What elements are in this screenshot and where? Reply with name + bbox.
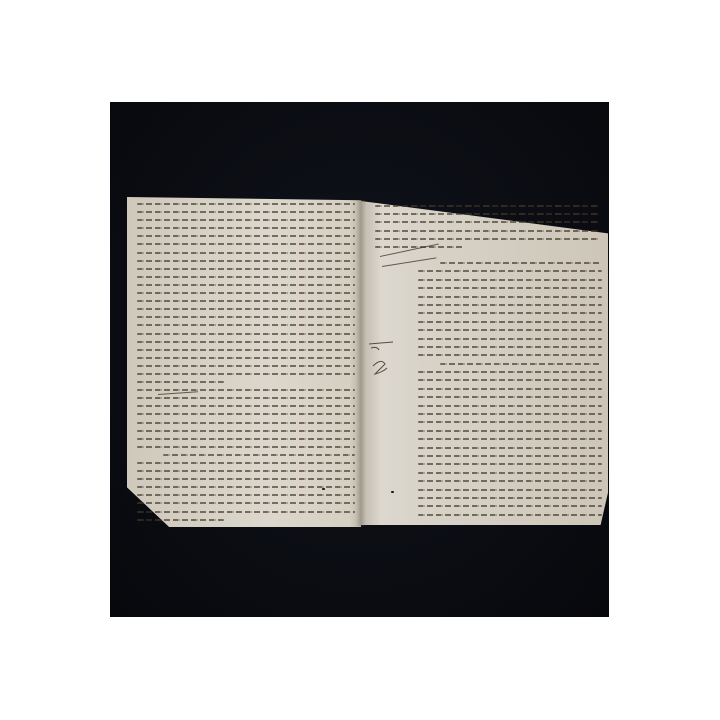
handwritten-line xyxy=(418,514,602,516)
handwritten-line xyxy=(418,505,602,507)
handwritten-line xyxy=(137,365,355,367)
handwritten-line xyxy=(137,470,355,472)
right-page-body-handwriting xyxy=(418,262,602,516)
handwritten-line xyxy=(137,462,355,464)
handwritten-line xyxy=(418,430,602,432)
handwritten-line xyxy=(418,338,602,340)
handwritten-line xyxy=(137,308,355,310)
handwritten-line xyxy=(137,389,355,391)
handwritten-line xyxy=(137,422,355,424)
handwritten-line xyxy=(418,354,602,356)
handwritten-line xyxy=(137,235,355,237)
handwritten-line xyxy=(137,203,355,205)
handwritten-line xyxy=(418,270,602,272)
right-page-header-handwriting xyxy=(375,205,600,248)
handwritten-line xyxy=(375,238,600,240)
handwritten-line xyxy=(418,296,602,298)
handwritten-line xyxy=(418,421,602,423)
handwritten-line xyxy=(375,230,600,232)
handwritten-line xyxy=(137,324,355,326)
handwritten-line xyxy=(418,438,602,440)
handwritten-line xyxy=(375,213,600,215)
handwritten-line xyxy=(418,312,602,314)
handwritten-line xyxy=(137,405,355,407)
ink-spot xyxy=(322,488,325,490)
handwritten-line xyxy=(418,480,602,482)
handwritten-line xyxy=(163,454,355,456)
handwritten-line xyxy=(137,519,224,521)
handwritten-line xyxy=(137,446,355,448)
margin-annotation-mark xyxy=(367,340,395,380)
handwritten-line xyxy=(137,373,355,375)
handwritten-line xyxy=(137,333,355,335)
handwritten-line xyxy=(137,276,355,278)
handwritten-line xyxy=(418,279,602,281)
handwritten-line xyxy=(418,413,602,415)
handwritten-line xyxy=(137,357,355,359)
handwritten-line xyxy=(418,371,602,373)
handwritten-line xyxy=(137,260,355,262)
handwritten-line xyxy=(137,316,355,318)
handwritten-line xyxy=(418,287,602,289)
ink-spot xyxy=(391,491,394,493)
handwritten-line xyxy=(375,221,600,223)
left-page-handwriting xyxy=(137,203,355,521)
handwritten-line xyxy=(137,511,355,513)
handwritten-line xyxy=(418,463,602,465)
handwritten-line xyxy=(418,346,602,348)
handwritten-line xyxy=(418,489,602,491)
handwritten-line xyxy=(137,219,355,221)
handwritten-line xyxy=(137,413,355,415)
handwritten-line xyxy=(137,268,355,270)
handwritten-line xyxy=(418,396,602,398)
handwritten-line xyxy=(418,447,602,449)
handwritten-line xyxy=(137,243,355,245)
handwritten-line xyxy=(137,430,355,432)
handwritten-line xyxy=(137,381,224,383)
handwritten-line xyxy=(375,205,600,207)
handwritten-line xyxy=(137,438,355,440)
handwritten-line xyxy=(137,284,355,286)
handwritten-line xyxy=(418,379,602,381)
handwritten-line xyxy=(418,321,602,323)
handwritten-line xyxy=(418,455,602,457)
handwritten-line xyxy=(418,329,602,331)
handwritten-line xyxy=(137,252,355,254)
handwritten-line xyxy=(418,497,602,499)
handwritten-line xyxy=(137,397,355,399)
handwritten-line xyxy=(440,262,602,264)
handwritten-line xyxy=(137,341,355,343)
handwritten-line xyxy=(440,363,602,365)
handwritten-line xyxy=(418,405,602,407)
handwritten-line xyxy=(137,227,355,229)
handwritten-line xyxy=(137,292,355,294)
handwritten-line xyxy=(137,502,355,504)
handwritten-line xyxy=(137,300,355,302)
page-fold-gutter xyxy=(356,200,366,526)
handwritten-line xyxy=(137,349,355,351)
handwritten-line xyxy=(137,211,355,213)
handwritten-line xyxy=(418,472,602,474)
handwritten-line xyxy=(418,304,602,306)
handwritten-line xyxy=(418,388,602,390)
handwritten-line xyxy=(137,494,355,496)
handwritten-line xyxy=(137,478,355,480)
